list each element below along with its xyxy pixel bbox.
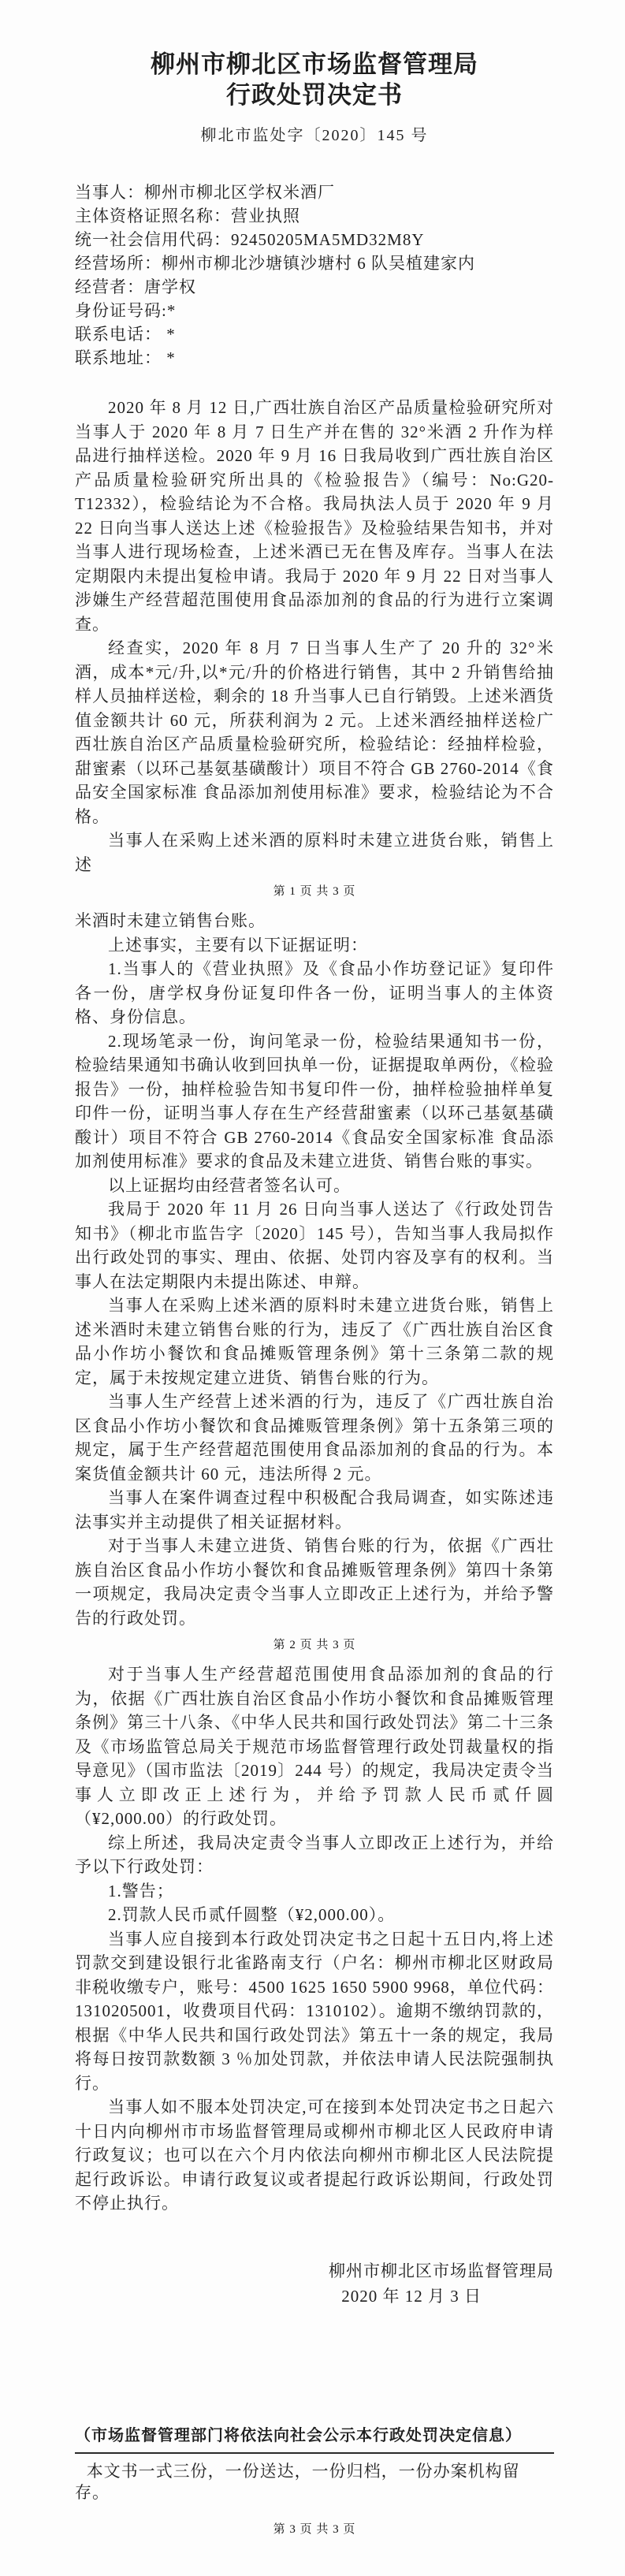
paragraph-evidence-item1: 1.当事人的《营业执照》及《食品小作坊登记证》复印件各一份，唐学权身份证复印件各… (75, 957, 554, 1029)
paragraph-penalty-fine-basis: 对于当事人生产经营超范围使用食品添加剂的食品的行为，依据《广西壮族自治区食品小作… (75, 1662, 554, 1831)
paragraph-ledger-page1: 当事人在采购上述米酒的原料时未建立进货台账，销售上述 (75, 828, 554, 877)
copies-note: 本文书一式三份，一份送达，一份归档，一份办案机构留存。 (75, 2461, 554, 2503)
party-line-id-number: 身份证号码:* (75, 299, 554, 322)
paragraph-payment-instructions: 当事人应自接到本行政处罚决定书之日起十五日内,将上述罚款交到建设银行北雀路南支行… (75, 1927, 554, 2096)
paragraph-penalty-item1: 1.警告； (75, 1879, 554, 1904)
doc-body: 2020 年 8 月 12 日,广西壮族自治区产品质量检验研究所对当事人于 20… (75, 396, 554, 2216)
paragraph-decision-summary: 综上所述，我局决定责令当事人立即改正上述行为，并给予以下行政处罚： (75, 1831, 554, 1879)
doc-title: 柳州市柳北区市场监督管理局 行政处罚决定书 (75, 49, 554, 110)
party-info-block: 当事人：柳州市柳北区学权米酒厂 主体资格证照名称：营业执照 统一社会信用代码：9… (75, 181, 554, 370)
penalty-decision-document: 柳州市柳北区市场监督管理局 行政处罚决定书 柳北市监处字〔2020〕145 号 … (0, 0, 625, 2576)
paragraph-cooperation: 当事人在案件调查过程中积极配合我局调查，如实陈述违法事实并主动提供了相关证据材料… (75, 1486, 554, 1534)
party-line-credit-code: 统一社会信用代码：92450205MA5MD32M8Y (75, 228, 554, 251)
paragraph-investigation-start: 2020 年 8 月 12 日,广西壮族自治区产品质量检验研究所对当事人于 20… (75, 396, 554, 636)
publicity-note: （市场监督管理部门将依法向社会公示本行政处罚决定信息） (75, 2425, 554, 2454)
paragraph-findings: 经查实，2020 年 8 月 7 日当事人生产了 20 升的 32°米酒，成本*… (75, 636, 554, 828)
signature-org: 柳州市柳北区市场监督管理局 (75, 2258, 554, 2284)
paragraph-prior-notice: 我局于 2020 年 11 月 26 日向当事人送达了《行政处罚告知书》（柳北市… (75, 1197, 554, 1294)
party-line-operator: 经营者：唐学权 (75, 275, 554, 299)
page-footer-1: 第 1 页 共 3 页 (75, 884, 554, 899)
party-line-phone: 联系电话： * (75, 322, 554, 346)
party-line-name: 当事人：柳州市柳北区学权米酒厂 (75, 181, 554, 204)
paragraph-appeal-rights: 当事人如不服本处罚决定,可在接到本处罚决定书之日起六十日内向柳州市市场监督管理局… (75, 2095, 554, 2216)
paragraph-violation-ledger: 当事人在采购上述米酒的原料时未建立进货台账，销售上述米酒时未建立销售台账的行为，… (75, 1294, 554, 1390)
party-line-license-type: 主体资格证照名称：营业执照 (75, 204, 554, 228)
doc-title-line2: 行政处罚决定书 (75, 80, 554, 110)
doc-title-line1: 柳州市柳北区市场监督管理局 (75, 49, 554, 80)
page-footer-3: 第 3 页 共 3 页 (75, 2522, 554, 2537)
paragraph-penalty-item2: 2.罚款人民币贰仟圆整（¥2,000.00）。 (75, 1903, 554, 1927)
paragraph-penalty-warning-basis: 对于当事人未建立进货、销售台账的行为，依据《广西壮族自治区食品小作坊小餐饮和食品… (75, 1534, 554, 1630)
signature-block: 柳州市柳北区市场监督管理局 2020 年 12 月 3 日 (75, 2258, 554, 2309)
paragraph-evidence-item2: 2.现场笔录一份，询问笔录一份，检验结果通知书一份，检验结果通知书确认收到回执单… (75, 1029, 554, 1174)
paragraph-evidence-intro: 上述事实，主要有以下证据证明： (75, 933, 554, 958)
doc-number: 柳北市监处字〔2020〕145 号 (75, 122, 554, 145)
page-footer-2: 第 2 页 共 3 页 (75, 1638, 554, 1652)
paragraph-violation-additive: 当事人生产经营上述米酒的行为，违反了《广西壮族自治区食品小作坊小餐饮和食品摊贩管… (75, 1390, 554, 1486)
signature-date: 2020 年 12 月 3 日 (75, 2284, 554, 2309)
paragraph-evidence-signed: 以上证据均由经营者签名认可。 (75, 1174, 554, 1198)
party-line-premises: 经营场所：柳州市柳北沙塘镇沙塘村 6 队吴植建家内 (75, 251, 554, 275)
paragraph-ledger-continued: 米酒时未建立销售台账。 (75, 909, 554, 933)
party-line-address: 联系地址： * (75, 346, 554, 370)
